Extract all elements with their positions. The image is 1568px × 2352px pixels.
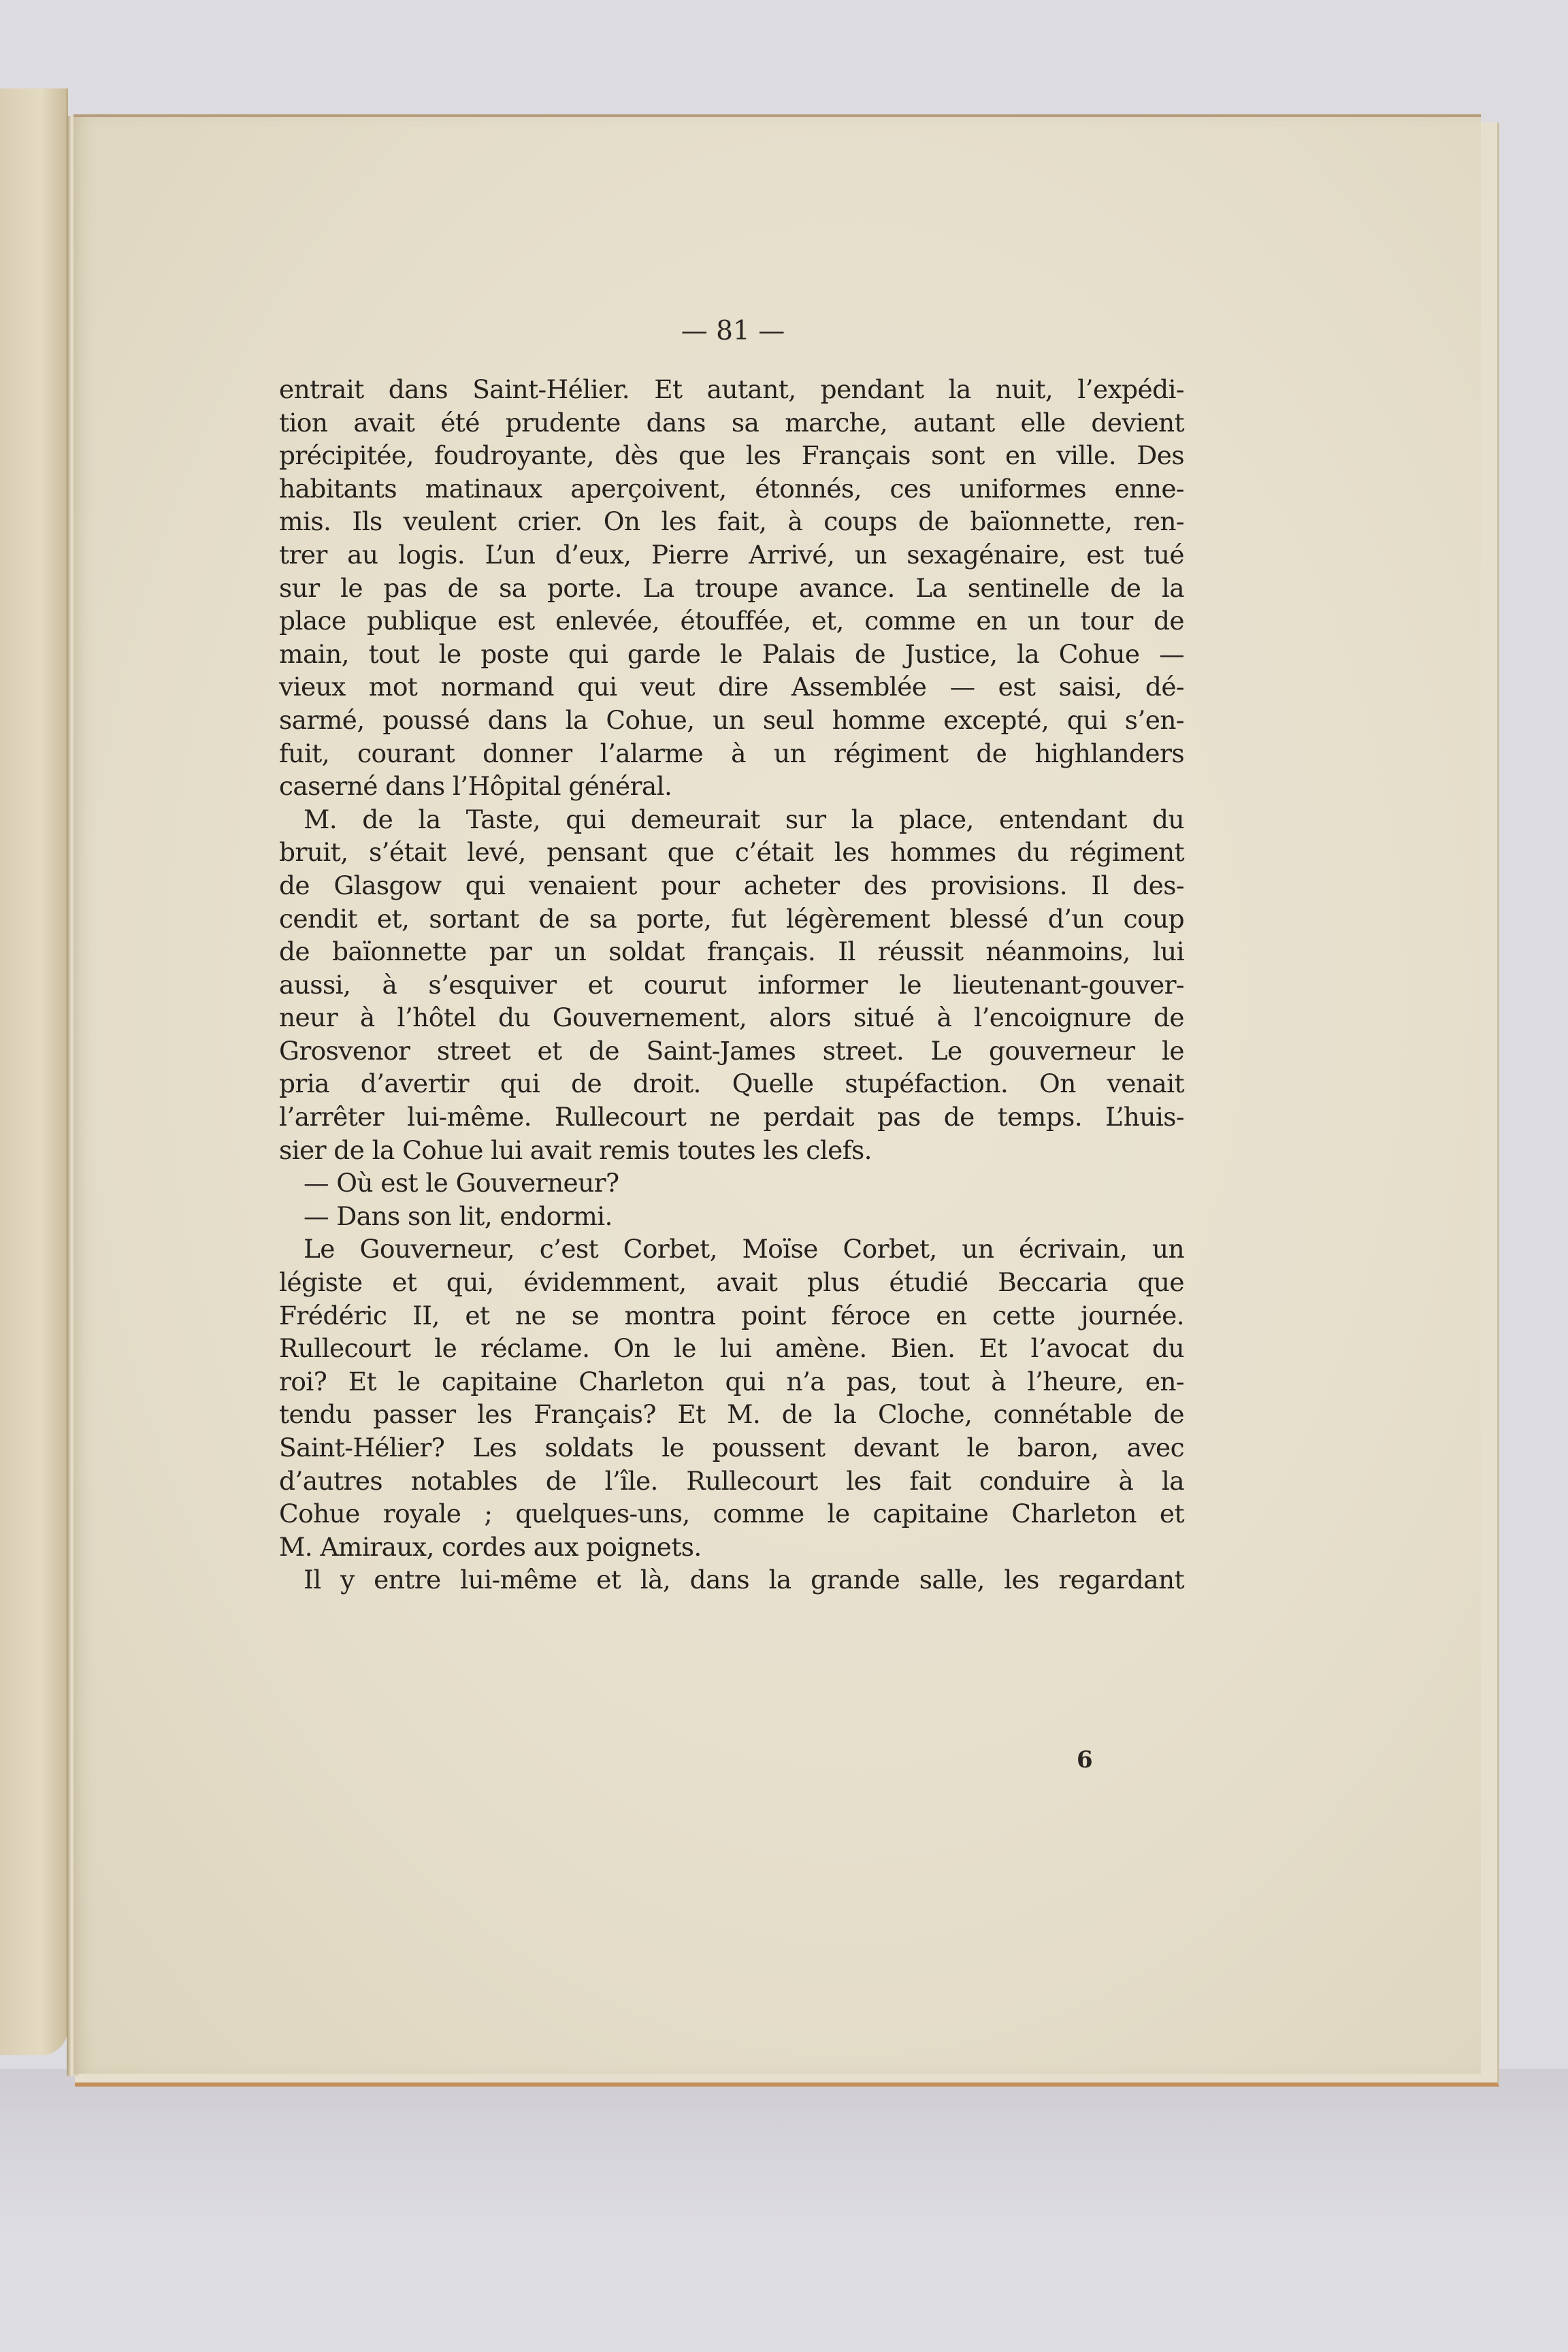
text-line: cendit et, sortant de sa porte, fut légè… [279, 902, 1184, 936]
text-line: M. de la Taste, qui demeurait sur la pla… [279, 803, 1184, 836]
text-line: sur le pas de sa porte. La troupe avance… [279, 572, 1184, 605]
text-line: M. Amiraux, cordes aux poignets. [279, 1531, 1184, 1564]
text-line: l’arrêter lui-même. Rullecourt ne perdai… [279, 1100, 1184, 1134]
text-line: roi? Et le capitaine Charleton qui n’a p… [279, 1365, 1184, 1399]
text-line: fuit, courant donner l’alarme à un régim… [279, 737, 1184, 770]
table-surface [0, 2069, 1568, 2352]
body-text: entrait dans Saint-Hélier. Et autant, pe… [279, 373, 1184, 1597]
text-line: neur à l’hôtel du Gouvernement, alors si… [279, 1001, 1184, 1034]
dialogue-line: — Où est le Gouverneur? [279, 1166, 1184, 1200]
text-line: Le Gouverneur, c’est Corbet, Moïse Corbe… [279, 1232, 1184, 1266]
text-line: place publique est enlevée, étouffée, et… [279, 604, 1184, 638]
dialogue-line: — Dans son lit, endormi. [279, 1200, 1184, 1233]
text-line: habitants matinaux aperçoivent, étonnés,… [279, 472, 1184, 506]
text-line: bruit, s’était levé, pensant que c’était… [279, 836, 1184, 869]
text-line: main, tout le poste qui garde le Palais … [279, 638, 1184, 671]
paragraph: Il y entre lui-même et là, dans la grand… [279, 1563, 1184, 1597]
text-line: Il y entre lui-même et là, dans la grand… [279, 1563, 1184, 1597]
text-line: mis. Ils veulent crier. On les fait, à c… [279, 505, 1184, 538]
text-line: — Dans son lit, endormi. [279, 1200, 1184, 1233]
text-line: d’autres notables de l’île. Rullecourt l… [279, 1465, 1184, 1498]
text-line: trer au logis. L’un d’eux, Pierre Arrivé… [279, 538, 1184, 572]
paragraph: Le Gouverneur, c’est Corbet, Moïse Corbe… [279, 1232, 1184, 1563]
page-number: — 81 — [279, 316, 1184, 346]
text-line: — Où est le Gouverneur? [279, 1166, 1184, 1200]
text-line: pria d’avertir qui de droit. Quelle stup… [279, 1067, 1184, 1100]
text-line: précipitée, foudroyante, dès que les Fra… [279, 439, 1184, 472]
left-page-edge [0, 88, 68, 2055]
text-line: entrait dans Saint-Hélier. Et autant, pe… [279, 373, 1184, 406]
text-line: Grosvenor street et de Saint-James stree… [279, 1034, 1184, 1068]
text-line: légiste et qui, évidemment, avait plus é… [279, 1266, 1184, 1299]
text-line: de baïonnette par un soldat français. Il… [279, 935, 1184, 968]
paragraph: entrait dans Saint-Hélier. Et autant, pe… [279, 373, 1184, 803]
text-line: sarmé, poussé dans la Cohue, un seul hom… [279, 704, 1184, 737]
text-line: caserné dans l’Hôpital général. [279, 770, 1184, 803]
text-line: vieux mot normand qui veut dire Assemblé… [279, 670, 1184, 704]
text-line: Rullecourt le réclame. On le lui amène. … [279, 1332, 1184, 1365]
text-line: tion avait été prudente dans sa marche, … [279, 406, 1184, 440]
text-line: Frédéric II, et ne se montra point féroc… [279, 1299, 1184, 1333]
text-line: aussi, à s’esquiver et courut informer l… [279, 968, 1184, 1002]
text-line: sier de la Cohue lui avait remis toutes … [279, 1134, 1184, 1167]
paragraph: M. de la Taste, qui demeurait sur la pla… [279, 803, 1184, 1167]
text-line: tendu passer les Français? Et M. de la C… [279, 1398, 1184, 1431]
signature-mark: 6 [1077, 1746, 1093, 1774]
text-line: Saint-Hélier? Les soldats le poussent de… [279, 1431, 1184, 1465]
text-line: de Glasgow qui venaient pour acheter des… [279, 869, 1184, 902]
text-line: Cohue royale ; quelques-uns, comme le ca… [279, 1497, 1184, 1531]
